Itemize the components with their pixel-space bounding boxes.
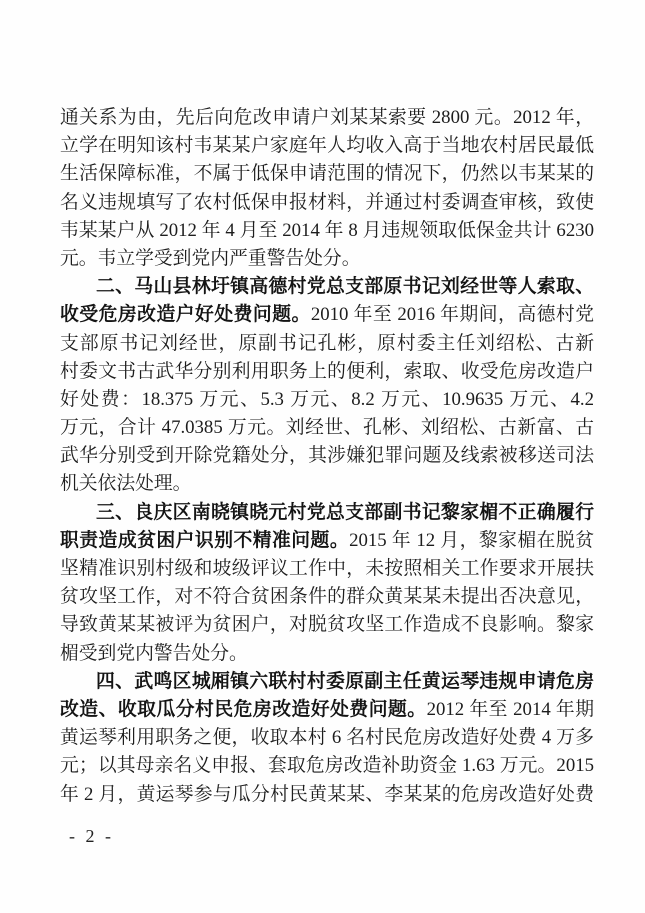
section-heading-line: 二、马山县林圩镇高德村党总支部原书记刘经世等人索取、	[60, 272, 594, 300]
text-line: 支部原书记刘经世，原副书记孔彬，原村委主任刘绍松、古新富，	[60, 329, 594, 357]
heading-bold-text: 收受危房改造户好处费问题。	[60, 303, 311, 324]
body-text: 通关系为由，先后向危改申请户刘某某索要 2800 元。2012 年，韦	[60, 107, 594, 131]
body-text: 立学在明知该村韦某某户家庭年人均收入高于当地农村居民最低	[60, 135, 594, 156]
heading-bold-text: 职责造成贫困户识别不精准问题。	[60, 529, 349, 550]
text-line: 生活保障标准，不属于低保申请范围的情况下，仍然以韦某某的	[60, 159, 594, 187]
body-text: 村委文书古武华分别利用职务上的便利，索取、收受危房改造户	[60, 361, 594, 382]
heading-bold-text: 三、良庆区南晓镇晓元村党总支部副书记黎家楣不正确履行	[96, 501, 594, 522]
heading-bold-text: 四、武鸣区城厢镇六联村村委原副主任黄运琴违规申请危房	[96, 670, 594, 691]
section-heading-line: 四、武鸣区城厢镇六联村村委原副主任黄运琴违规申请危房	[60, 667, 594, 695]
body-text: 年 2 月，黄运琴参与瓜分村民黄某某、李某某的危房改造好处费 1	[60, 784, 594, 808]
text-line: 万元，合计 47.0385 万元。刘经世、孔彬、刘绍松、古新富、古	[60, 413, 594, 441]
body-text: 支部原书记刘经世，原副书记孔彬，原村委主任刘绍松、古新富，	[60, 333, 594, 357]
body-text: 生活保障标准，不属于低保申请范围的情况下，仍然以韦某某的	[60, 163, 594, 184]
body-text: 黄运琴利用职务之便，收取本村 6 名村民危房改造好处费 4 万多	[60, 727, 594, 748]
section-heading-line: 三、良庆区南晓镇晓元村党总支部副书记黎家楣不正确履行	[60, 498, 594, 526]
text-line: 元；以其母亲名义申报、套取危房改造补助资金 1.63 万元。2015	[60, 751, 594, 779]
text-line: 立学在明知该村韦某某户家庭年人均收入高于当地农村居民最低	[60, 131, 594, 159]
body-text: 机关依法处理。	[60, 473, 191, 494]
text-line: 通关系为由，先后向危改申请户刘某某索要 2800 元。2012 年，韦	[60, 103, 594, 131]
body-text: 万元，合计 47.0385 万元。刘经世、孔彬、刘绍松、古新富、古	[60, 417, 594, 438]
body-text: 元；以其母亲名义申报、套取危房改造补助资金 1.63 万元。2015	[60, 755, 594, 776]
text-line: 黄运琴利用职务之便，收取本村 6 名村民危房改造好处费 4 万多	[60, 723, 594, 751]
text-line: 贫攻坚工作，对不符合贫困条件的群众黄某某未提出否决意见，	[60, 582, 594, 610]
page-number: - 2 -	[69, 826, 114, 847]
text-line: 年 2 月，黄运琴参与瓜分村民黄某某、李某某的危房改造好处费 1	[60, 780, 594, 808]
body-text: 名义违规填写了农村低保申报材料，并通过村委调查审核，致使	[60, 192, 594, 213]
paragraph-end-line: 机关依法处理。	[60, 469, 594, 497]
body-text: 武华分别受到开除党籍处分，其涉嫌犯罪问题及线索被移送司法	[60, 445, 594, 466]
body-text: 楣受到党内警告处分。	[60, 643, 248, 664]
body-text: 坚精准识别村级和坡级评议工作中，未按照相关工作要求开展扶	[60, 558, 594, 579]
text-line: 改造、收取瓜分村民危房改造好处费问题。2012 年至 2014 年期间，	[60, 695, 594, 723]
text-line: 好处费：18.375 万元、5.3 万元、8.2 万元、10.9635 万元、4…	[60, 385, 594, 413]
document-page: 通关系为由，先后向危改申请户刘某某索要 2800 元。2012 年，韦 立学在明…	[0, 0, 645, 913]
paragraph-end-line: 元。韦立学受到党内严重警告处分。	[60, 244, 594, 272]
text-line: 坚精准识别村级和坡级评议工作中，未按照相关工作要求开展扶	[60, 554, 594, 582]
text-line: 武华分别受到开除党籍处分，其涉嫌犯罪问题及线索被移送司法	[60, 441, 594, 469]
heading-bold-text: 二、马山县林圩镇高德村党总支部原书记刘经世等人索取、	[96, 275, 594, 296]
text-line: 村委文书古武华分别利用职务上的便利，索取、收受危房改造户	[60, 357, 594, 385]
text-line: 收受危房改造户好处费问题。2010 年至 2016 年期间，高德村党总	[60, 300, 594, 328]
body-text: 韦某某户从 2012 年 4 月至 2014 年 8 月违规领取低保金共计 62…	[60, 220, 594, 241]
text-line: 韦某某户从 2012 年 4 月至 2014 年 8 月违规领取低保金共计 62…	[60, 216, 594, 244]
body-text: 元。韦立学受到党内严重警告处分。	[60, 248, 361, 269]
body-text: 贫攻坚工作，对不符合贫困条件的群众黄某某未提出否决意见，	[60, 586, 594, 607]
body-text: 好处费：18.375 万元、5.3 万元、8.2 万元、10.9635 万元、4…	[60, 389, 594, 410]
document-body: 通关系为由，先后向危改申请户刘某某索要 2800 元。2012 年，韦 立学在明…	[60, 103, 594, 808]
text-line: 名义违规填写了农村低保申报材料，并通过村委调查审核，致使	[60, 188, 594, 216]
text-line: 导致黄某某被评为贫困户，对脱贫攻坚工作造成不良影响。黎家	[60, 610, 594, 638]
heading-bold-text: 改造、收取瓜分村民危房改造好处费问题。	[60, 698, 427, 719]
paragraph-end-line: 楣受到党内警告处分。	[60, 639, 594, 667]
body-text: 导致黄某某被评为贫困户，对脱贫攻坚工作造成不良影响。黎家	[60, 614, 594, 635]
text-line: 职责造成贫困户识别不精准问题。2015 年 12 月，黎家楣在脱贫攻	[60, 526, 594, 554]
